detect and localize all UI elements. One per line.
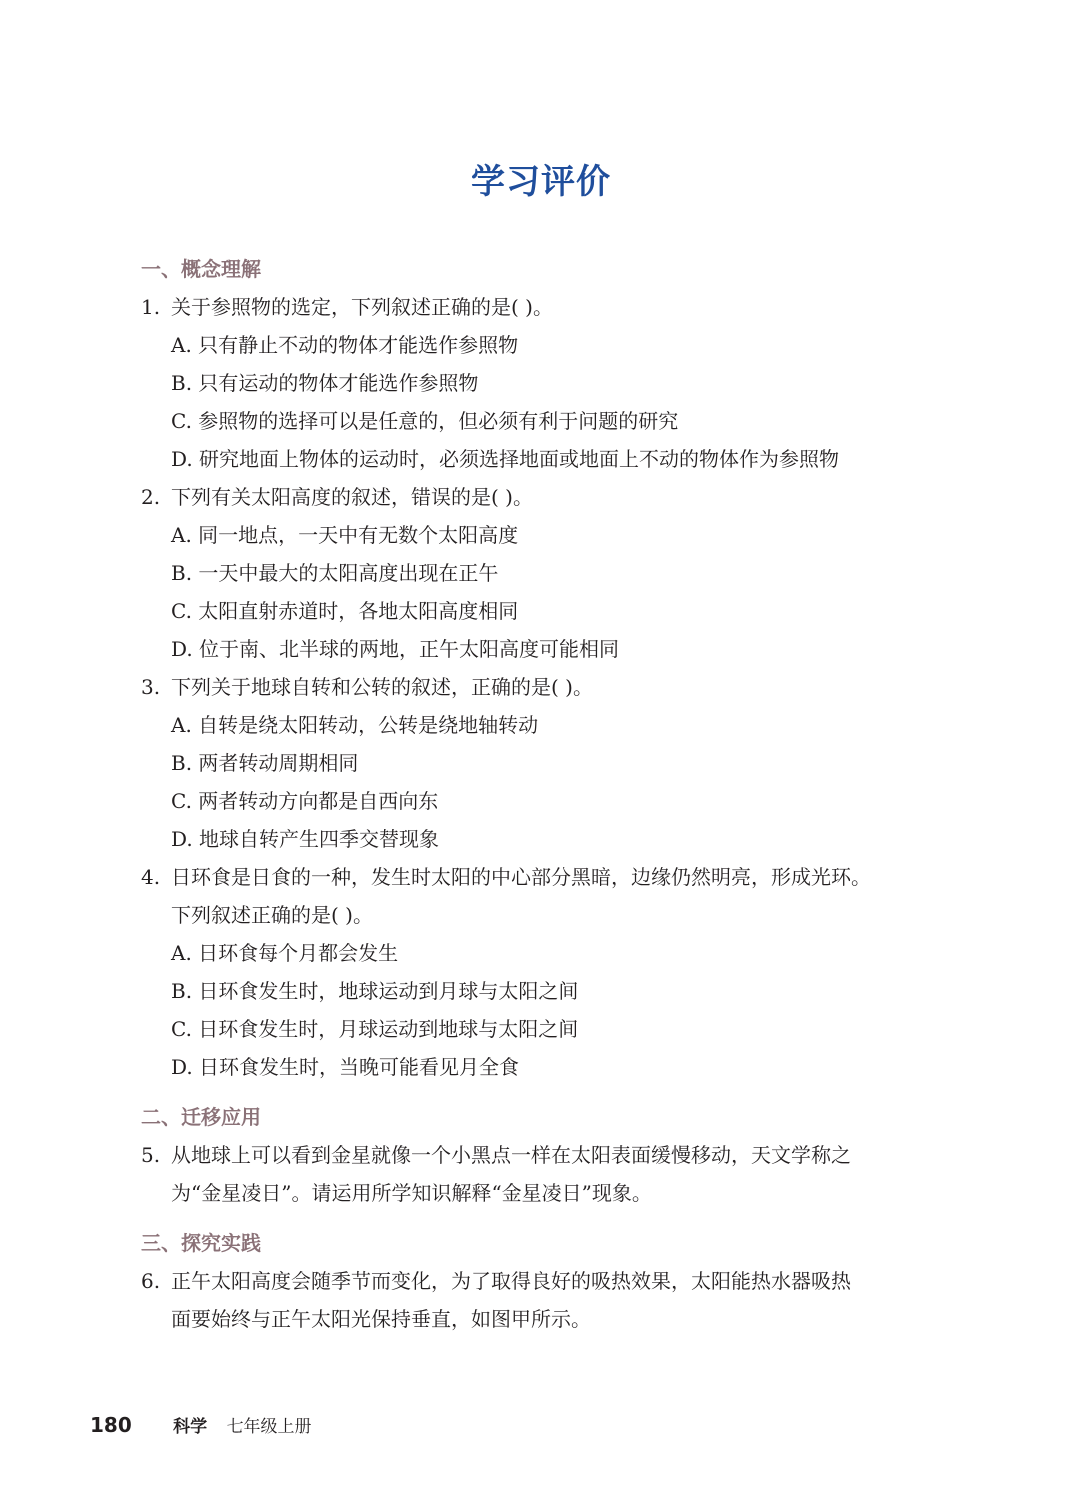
question-number: 4. — [141, 858, 171, 896]
question-stem: 日环食是日食的一种，发生时太阳的中心部分黑暗，边缘仍然明亮，形成光环。 — [171, 865, 871, 889]
question-stem: 下列关于地球自转和公转的叙述，正确的是( )。 — [171, 675, 593, 699]
question-number: 5. — [141, 1136, 171, 1174]
option-b: B. 日环食发生时，地球运动到月球与太阳之间 — [141, 972, 941, 1010]
question-stem-continued: 面要始终与正午太阳光保持垂直，如图甲所示。 — [141, 1300, 941, 1338]
option-b: B. 只有运动的物体才能选作参照物 — [141, 364, 941, 402]
page-number: 180 — [90, 1413, 132, 1437]
option-c: C. 日环食发生时，月球运动到地球与太阳之间 — [141, 1010, 941, 1048]
page-title: 学习评价 — [0, 154, 1082, 203]
section-heading-concept: 一、概念理解 — [141, 250, 941, 288]
book-grade: 七年级上册 — [227, 1417, 312, 1437]
option-a: A. 只有静止不动的物体才能选作参照物 — [141, 326, 941, 364]
question-1: 1.关于参照物的选定，下列叙述正确的是( )。 A. 只有静止不动的物体才能选作… — [141, 288, 941, 478]
question-3: 3.下列关于地球自转和公转的叙述，正确的是( )。 A. 自转是绕太阳转动，公转… — [141, 668, 941, 858]
question-5: 5.从地球上可以看到金星就像一个小黑点一样在太阳表面缓慢移动，天文学称之 为“金… — [141, 1136, 941, 1212]
question-stem: 下列有关太阳高度的叙述，错误的是( )。 — [171, 485, 533, 509]
question-stem: 关于参照物的选定，下列叙述正确的是( )。 — [171, 295, 553, 319]
option-a: A. 同一地点，一天中有无数个太阳高度 — [141, 516, 941, 554]
question-4: 4.日环食是日食的一种，发生时太阳的中心部分黑暗，边缘仍然明亮，形成光环。 下列… — [141, 858, 941, 1086]
section-heading-application: 二、迁移应用 — [141, 1098, 941, 1136]
option-c: C. 太阳直射赤道时，各地太阳高度相同 — [141, 592, 941, 630]
option-d: D. 日环食发生时，当晚可能看见月全食 — [141, 1048, 941, 1086]
option-c: C. 参照物的选择可以是任意的，但必须有利于问题的研究 — [141, 402, 941, 440]
question-stem-continued: 为“金星凌日”。请运用所学知识解释“金星凌日”现象。 — [141, 1174, 941, 1212]
section-heading-practice: 三、探究实践 — [141, 1224, 941, 1262]
option-a: A. 日环食每个月都会发生 — [141, 934, 941, 972]
option-a: A. 自转是绕太阳转动，公转是绕地轴转动 — [141, 706, 941, 744]
question-stem: 从地球上可以看到金星就像一个小黑点一样在太阳表面缓慢移动，天文学称之 — [171, 1143, 851, 1167]
page-footer: 180 科学 七年级上册 — [90, 1412, 312, 1437]
question-number: 2. — [141, 478, 171, 516]
option-c: C. 两者转动方向都是自西向东 — [141, 782, 941, 820]
option-b: B. 两者转动周期相同 — [141, 744, 941, 782]
book-subject: 科学 — [173, 1417, 207, 1437]
option-d: D. 位于南、北半球的两地，正午太阳高度可能相同 — [141, 630, 941, 668]
question-6: 6.正午太阳高度会随季节而变化，为了取得良好的吸热效果，太阳能热水器吸热 面要始… — [141, 1262, 941, 1338]
question-number: 3. — [141, 668, 171, 706]
option-b: B. 一天中最大的太阳高度出现在正午 — [141, 554, 941, 592]
question-number: 1. — [141, 288, 171, 326]
question-2: 2.下列有关太阳高度的叙述，错误的是( )。 A. 同一地点，一天中有无数个太阳… — [141, 478, 941, 668]
question-stem-continued: 下列叙述正确的是( )。 — [141, 896, 941, 934]
question-number: 6. — [141, 1262, 171, 1300]
option-d: D. 地球自转产生四季交替现象 — [141, 820, 941, 858]
option-d: D. 研究地面上物体的运动时，必须选择地面或地面上不动的物体作为参照物 — [141, 440, 941, 478]
question-stem: 正午太阳高度会随季节而变化，为了取得良好的吸热效果，太阳能热水器吸热 — [171, 1269, 851, 1293]
assessment-content: 一、概念理解 1.关于参照物的选定，下列叙述正确的是( )。 A. 只有静止不动… — [141, 250, 941, 1338]
